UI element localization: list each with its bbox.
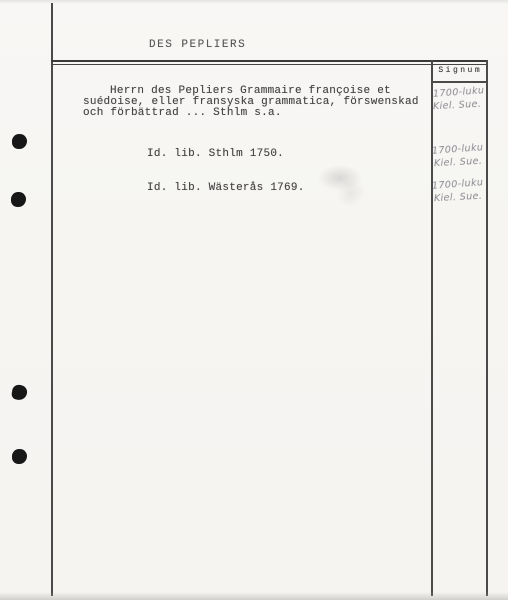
hole-punch (12, 134, 27, 149)
header-divider-rule (51, 60, 488, 65)
signum-column-right-rule (486, 60, 488, 596)
signum-box-bottom-rule (431, 81, 487, 83)
entry-line: Id. lib. Sthlm 1750. (147, 149, 284, 160)
signum-column-left-rule (431, 60, 433, 596)
scan-edge-top (0, 0, 508, 4)
signum-note-line: Kiel. Sue. (434, 157, 483, 170)
signum-note-line: Kiel. Sue. (434, 192, 483, 205)
left-margin-rule (51, 3, 53, 596)
page-heading: DES PEPLIERS (149, 40, 246, 51)
signum-note-line: 1700-luku (432, 178, 484, 192)
entry-line: Id. lib. Wästerås 1769. (147, 183, 305, 194)
signum-note-line: 1700-luku (432, 143, 484, 157)
hole-punch (11, 192, 26, 207)
scan-edge-bottom (0, 592, 508, 600)
hole-punch (12, 449, 27, 464)
catalog-card-page: DES PEPLIERS Signum Herrn des Pepliers G… (0, 0, 508, 600)
signum-note-line: 1700-luku (433, 86, 485, 100)
hole-punch (11, 384, 28, 401)
entry-line: och förbättrad ... Sthlm s.a. (83, 108, 282, 119)
signum-note-line: Kiel. Sue. (433, 100, 482, 113)
signum-column-header: Signum (432, 66, 486, 75)
